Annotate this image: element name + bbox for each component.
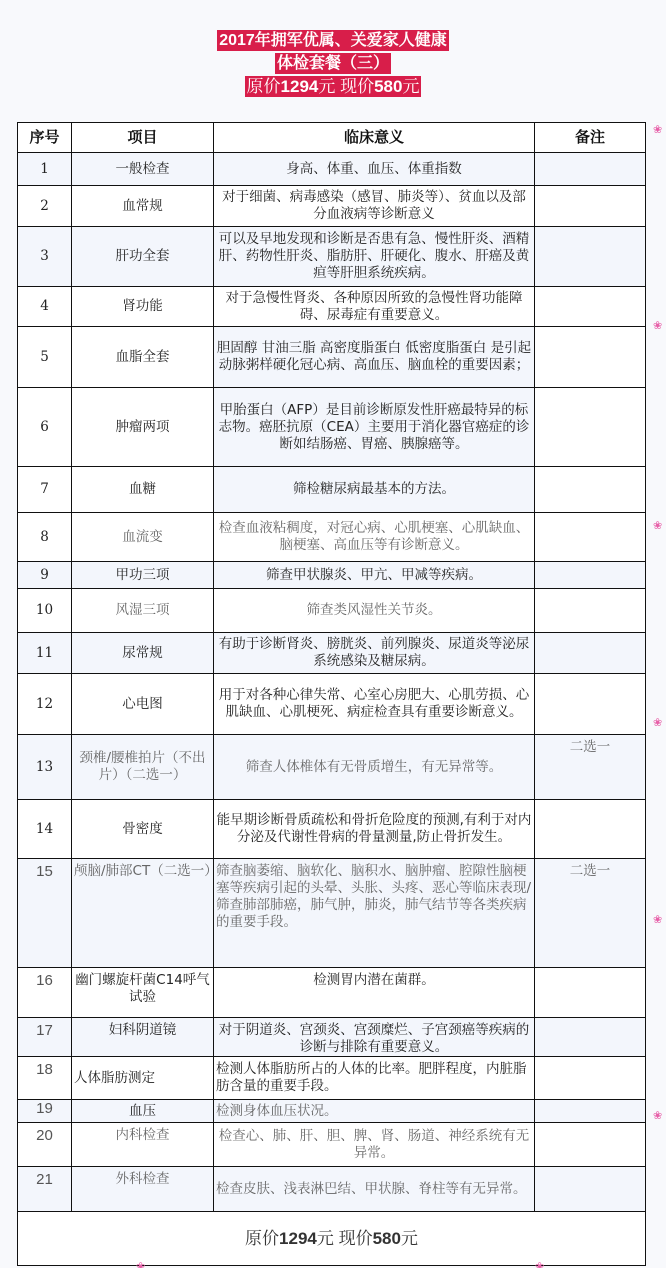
row-item: 幽门螺旋杆菌C14呼气试验	[72, 968, 214, 1018]
row-no: 18	[18, 1057, 72, 1100]
flower-decoration-icon: ❀	[653, 914, 662, 925]
row-note	[535, 674, 646, 735]
row-no: 4	[18, 287, 72, 327]
row-meaning: 对于急慢性肾炎、各种原因所致的急慢性肾功能障碍、尿毒症有重要意义。	[214, 287, 535, 327]
table-header-row: 序号 项目 临床意义 备注	[18, 123, 646, 153]
table-row: 4 肾功能 对于急慢性肾炎、各种原因所致的急慢性肾功能障碍、尿毒症有重要意义。	[18, 287, 646, 327]
row-note	[535, 388, 646, 467]
row-no: 7	[18, 467, 72, 513]
table-row: 3 肝功全套 可以及早地发现和诊断是否患有急、慢性肝炎、酒精肝、药物性肝炎、脂肪…	[18, 227, 646, 287]
flower-decoration-icon: ❀	[535, 1261, 544, 1268]
row-note	[535, 287, 646, 327]
table-row: 6 肿瘤两项 甲胎蛋白（AFP）是目前诊断原发性肝癌最特异的标志物。癌胚抗原（C…	[18, 388, 646, 467]
table-row: 8 血流变 检查血液粘稠度，对冠心病、心肌梗塞、心肌缺血、脑梗塞、高血压等有诊断…	[18, 513, 646, 562]
row-meaning: 筛查人体椎体有无骨质增生，有无异常等。	[214, 735, 535, 800]
row-no: 9	[18, 562, 72, 589]
title-price: 原价1294元 现价580元	[245, 76, 422, 97]
flower-decoration-icon: ❀	[653, 717, 662, 728]
table-row: 15 颅脑/肺部CT（二选一） 筛查脑萎缩、脑软化、脑积水、脑肿瘤、腔隙性脑梗塞…	[18, 859, 646, 968]
title-block: 2017年拥军优属、关爱家人健康 体检套餐（三） 原价1294元 现价580元	[0, 30, 666, 99]
row-no: 11	[18, 633, 72, 674]
row-item: 尿常规	[72, 633, 214, 674]
row-no: 2	[18, 186, 72, 227]
flower-decoration-icon: ❀	[653, 124, 662, 135]
row-note	[535, 633, 646, 674]
row-item: 肿瘤两项	[72, 388, 214, 467]
row-no: 19	[18, 1100, 72, 1123]
row-item: 血压	[72, 1100, 214, 1123]
title-line-1: 2017年拥军优属、关爱家人健康	[217, 30, 449, 51]
row-meaning: 检测身体血压状况。	[214, 1100, 535, 1123]
flower-decoration-icon: ❀	[653, 520, 662, 531]
row-note	[535, 327, 646, 388]
table-row: 10 风湿三项 筛查类风湿性关节炎。	[18, 589, 646, 633]
row-note: 二选一	[535, 859, 646, 968]
table-row: 7 血糖 筛检糖尿病最基本的方法。	[18, 467, 646, 513]
row-meaning: 有助于诊断肾炎、膀胱炎、前列腺炎、尿道炎等泌尿系统感染及糖尿病。	[214, 633, 535, 674]
checkup-package-table: 序号 项目 临床意义 备注 1 一般检查 身高、体重、血压、体重指数 2 血常规…	[17, 122, 646, 1266]
table-row: 16 幽门螺旋杆菌C14呼气试验 检测胃内潜在菌群。	[18, 968, 646, 1018]
row-no: 17	[18, 1018, 72, 1057]
row-no: 6	[18, 388, 72, 467]
row-meaning: 可以及早地发现和诊断是否患有急、慢性肝炎、酒精肝、药物性肝炎、脂肪肝、肝硬化、腹…	[214, 227, 535, 287]
flower-decoration-icon: ❀	[136, 1261, 145, 1268]
flower-decoration-icon: ❀	[653, 1110, 662, 1121]
table-row: 2 血常规 对于细菌、病毒感染（感冒、肺炎等）、贫血以及部分血液病等诊断意义	[18, 186, 646, 227]
footer-price: 原价1294元 现价580元	[18, 1212, 646, 1266]
title-line-2: 体检套餐（三）	[275, 53, 391, 74]
header-item: 项目	[72, 123, 214, 153]
row-item: 血糖	[72, 467, 214, 513]
row-meaning: 筛查甲状腺炎、甲亢、甲减等疾病。	[214, 562, 535, 589]
row-item: 血流变	[72, 513, 214, 562]
row-meaning: 对于阴道炎、宫颈炎、宫颈糜烂、子宫颈癌等疾病的诊断与排除有重要意义。	[214, 1018, 535, 1057]
row-meaning: 筛查脑萎缩、脑软化、脑积水、脑肿瘤、腔隙性脑梗塞等疾病引起的头晕、头胀、头疼、恶…	[214, 859, 535, 968]
row-meaning: 胆固醇 甘油三脂 高密度脂蛋白 低密度脂蛋白 是引起动脉粥样硬化冠心病、高血压、…	[214, 327, 535, 388]
row-no: 15	[18, 859, 72, 968]
row-item: 颈椎/腰椎拍片（不出片）（二选一）	[72, 735, 214, 800]
table-row: 5 血脂全套 胆固醇 甘油三脂 高密度脂蛋白 低密度脂蛋白 是引起动脉粥样硬化冠…	[18, 327, 646, 388]
row-no: 5	[18, 327, 72, 388]
row-meaning: 筛查类风湿性关节炎。	[214, 589, 535, 633]
row-item: 甲功三项	[72, 562, 214, 589]
header-no: 序号	[18, 123, 72, 153]
row-item: 肝功全套	[72, 227, 214, 287]
row-no: 3	[18, 227, 72, 287]
row-note	[535, 186, 646, 227]
flower-decoration-icon: ❀	[653, 320, 662, 331]
header-note: 备注	[535, 123, 646, 153]
row-note	[535, 800, 646, 859]
table-row: 1 一般检查 身高、体重、血压、体重指数	[18, 153, 646, 186]
row-meaning: 身高、体重、血压、体重指数	[214, 153, 535, 186]
row-item: 心电图	[72, 674, 214, 735]
row-no: 10	[18, 589, 72, 633]
row-meaning: 检测胃内潜在菌群。	[214, 968, 535, 1018]
row-note	[535, 562, 646, 589]
row-note	[535, 1100, 646, 1123]
table-row: 9 甲功三项 筛查甲状腺炎、甲亢、甲减等疾病。	[18, 562, 646, 589]
row-note	[535, 589, 646, 633]
row-no: 8	[18, 513, 72, 562]
row-no: 21	[18, 1167, 72, 1212]
row-note	[535, 1167, 646, 1212]
row-no: 20	[18, 1123, 72, 1167]
row-meaning: 检查心、肺、肝、胆、脾、肾、肠道、神经系统有无异常。	[214, 1123, 535, 1167]
row-item: 骨密度	[72, 800, 214, 859]
row-item: 风湿三项	[72, 589, 214, 633]
row-note	[535, 227, 646, 287]
row-meaning: 甲胎蛋白（AFP）是目前诊断原发性肝癌最特异的标志物。癌胚抗原（CEA）主要用于…	[214, 388, 535, 467]
header-meaning: 临床意义	[214, 123, 535, 153]
row-meaning: 检查皮肤、浅表淋巴结、甲状腺、脊柱等有无异常。	[214, 1167, 535, 1212]
row-note	[535, 1018, 646, 1057]
row-note: 二选一	[535, 735, 646, 800]
row-no: 1	[18, 153, 72, 186]
table-row: 21 外科检查 检查皮肤、浅表淋巴结、甲状腺、脊柱等有无异常。	[18, 1167, 646, 1212]
row-item: 血脂全套	[72, 327, 214, 388]
table-row: 17 妇科阴道镜 对于阴道炎、宫颈炎、宫颈糜烂、子宫颈癌等疾病的诊断与排除有重要…	[18, 1018, 646, 1057]
table-row: 13 颈椎/腰椎拍片（不出片）（二选一） 筛查人体椎体有无骨质增生，有无异常等。…	[18, 735, 646, 800]
row-meaning: 对于细菌、病毒感染（感冒、肺炎等）、贫血以及部分血液病等诊断意义	[214, 186, 535, 227]
row-item: 妇科阴道镜	[72, 1018, 214, 1057]
row-meaning: 检测人体脂肪所占的人体的比率。肥胖程度，内脏脂肪含量的重要手段。	[214, 1057, 535, 1100]
table-footer-row: 原价1294元 现价580元	[18, 1212, 646, 1266]
row-item: 外科检查	[72, 1167, 214, 1212]
row-no: 13	[18, 735, 72, 800]
row-item: 颅脑/肺部CT（二选一）	[72, 859, 214, 968]
table-row: 12 心电图 用于对各种心律失常、心室心房肥大、心肌劳损、心肌缺血、心肌梗死、病…	[18, 674, 646, 735]
row-item: 肾功能	[72, 287, 214, 327]
row-note	[535, 513, 646, 562]
table-row: 11 尿常规 有助于诊断肾炎、膀胱炎、前列腺炎、尿道炎等泌尿系统感染及糖尿病。	[18, 633, 646, 674]
row-no: 14	[18, 800, 72, 859]
row-item: 人体脂肪测定	[72, 1057, 214, 1100]
row-note	[535, 153, 646, 186]
table-row: 20 内科检查 检查心、肺、肝、胆、脾、肾、肠道、神经系统有无异常。	[18, 1123, 646, 1167]
row-item: 血常规	[72, 186, 214, 227]
row-no: 16	[18, 968, 72, 1018]
row-note	[535, 1123, 646, 1167]
table-row: 14 骨密度 能早期诊断骨质疏松和骨折危险度的预测,有利于对内分泌及代谢性骨病的…	[18, 800, 646, 859]
table-row: 19 血压 检测身体血压状况。	[18, 1100, 646, 1123]
row-meaning: 能早期诊断骨质疏松和骨折危险度的预测,有利于对内分泌及代谢性骨病的骨量测量,防止…	[214, 800, 535, 859]
table-row: 18 人体脂肪测定 检测人体脂肪所占的人体的比率。肥胖程度，内脏脂肪含量的重要手…	[18, 1057, 646, 1100]
row-meaning: 用于对各种心律失常、心室心房肥大、心肌劳损、心肌缺血、心肌梗死、病症检查具有重要…	[214, 674, 535, 735]
row-meaning: 筛检糖尿病最基本的方法。	[214, 467, 535, 513]
row-no: 12	[18, 674, 72, 735]
row-note	[535, 968, 646, 1018]
row-item: 一般检查	[72, 153, 214, 186]
row-meaning: 检查血液粘稠度，对冠心病、心肌梗塞、心肌缺血、脑梗塞、高血压等有诊断意义。	[214, 513, 535, 562]
row-item: 内科检查	[72, 1123, 214, 1167]
row-note	[535, 1057, 646, 1100]
row-note	[535, 467, 646, 513]
